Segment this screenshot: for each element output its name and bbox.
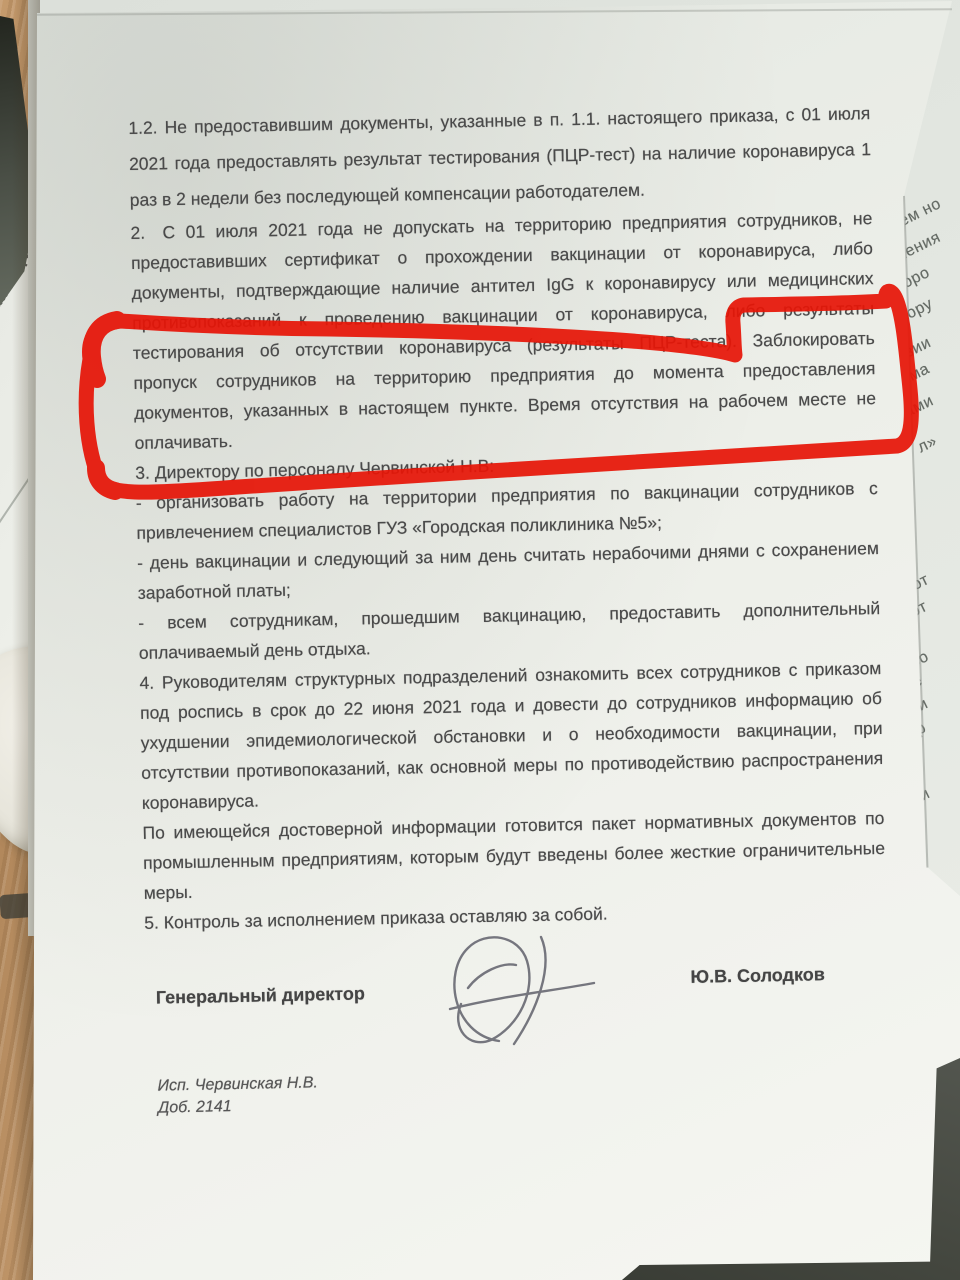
photo-of-document: ка ПОТРЕБ ем ночениякорозорузииимаамил»в… <box>0 0 960 1280</box>
red-marker-annotation <box>0 0 960 1280</box>
